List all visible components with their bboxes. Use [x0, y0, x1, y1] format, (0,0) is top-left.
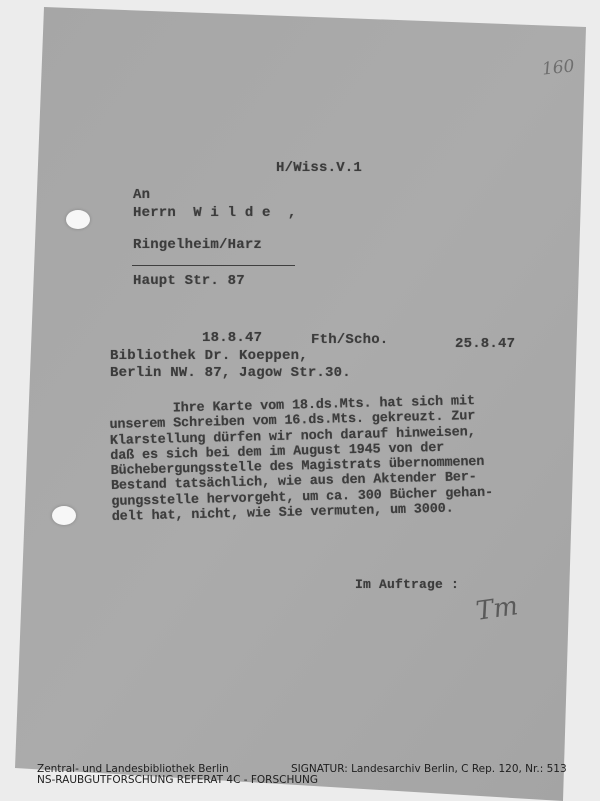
their-date: 18.8.47 — [202, 330, 262, 346]
letter-body: Ihre Karte vom 18.ds.Mts. hat sich mitun… — [109, 394, 494, 526]
subject-line-1: Bibliothek Dr. Koeppen, — [110, 348, 308, 364]
scanned-document-page: 160 H/Wiss.V.1 An Herrn W i l d e , Ring… — [0, 0, 600, 801]
footer-department: NS-RAUBGUTFORSCHUNG REFERAT 4C - FORSCHU… — [37, 775, 318, 786]
recipient-street: Haupt Str. 87 — [133, 273, 245, 289]
address-underline — [132, 265, 295, 266]
handwritten-signature: Tm — [474, 591, 520, 627]
folio-number: 160 — [541, 56, 575, 79]
letter-date: 25.8.47 — [455, 336, 515, 352]
closing-phrase: Im Auftrage : — [355, 577, 459, 592]
footer-signatur: SIGNATUR: Landesarchiv Berlin, C Rep. 12… — [291, 764, 567, 775]
punch-hole-bottom — [52, 506, 76, 525]
reference-code: H/Wiss.V.1 — [276, 160, 362, 176]
recipient-salutation: An — [133, 187, 150, 203]
recipient-city: Ringelheim/Harz — [133, 237, 262, 253]
reference-initials: Fth/Scho. — [311, 332, 388, 348]
punch-hole-top — [66, 210, 90, 229]
recipient-name: Herrn W i l d e , — [133, 205, 296, 221]
subject-line-2: Berlin NW. 87, Jagow Str.30. — [110, 365, 351, 381]
